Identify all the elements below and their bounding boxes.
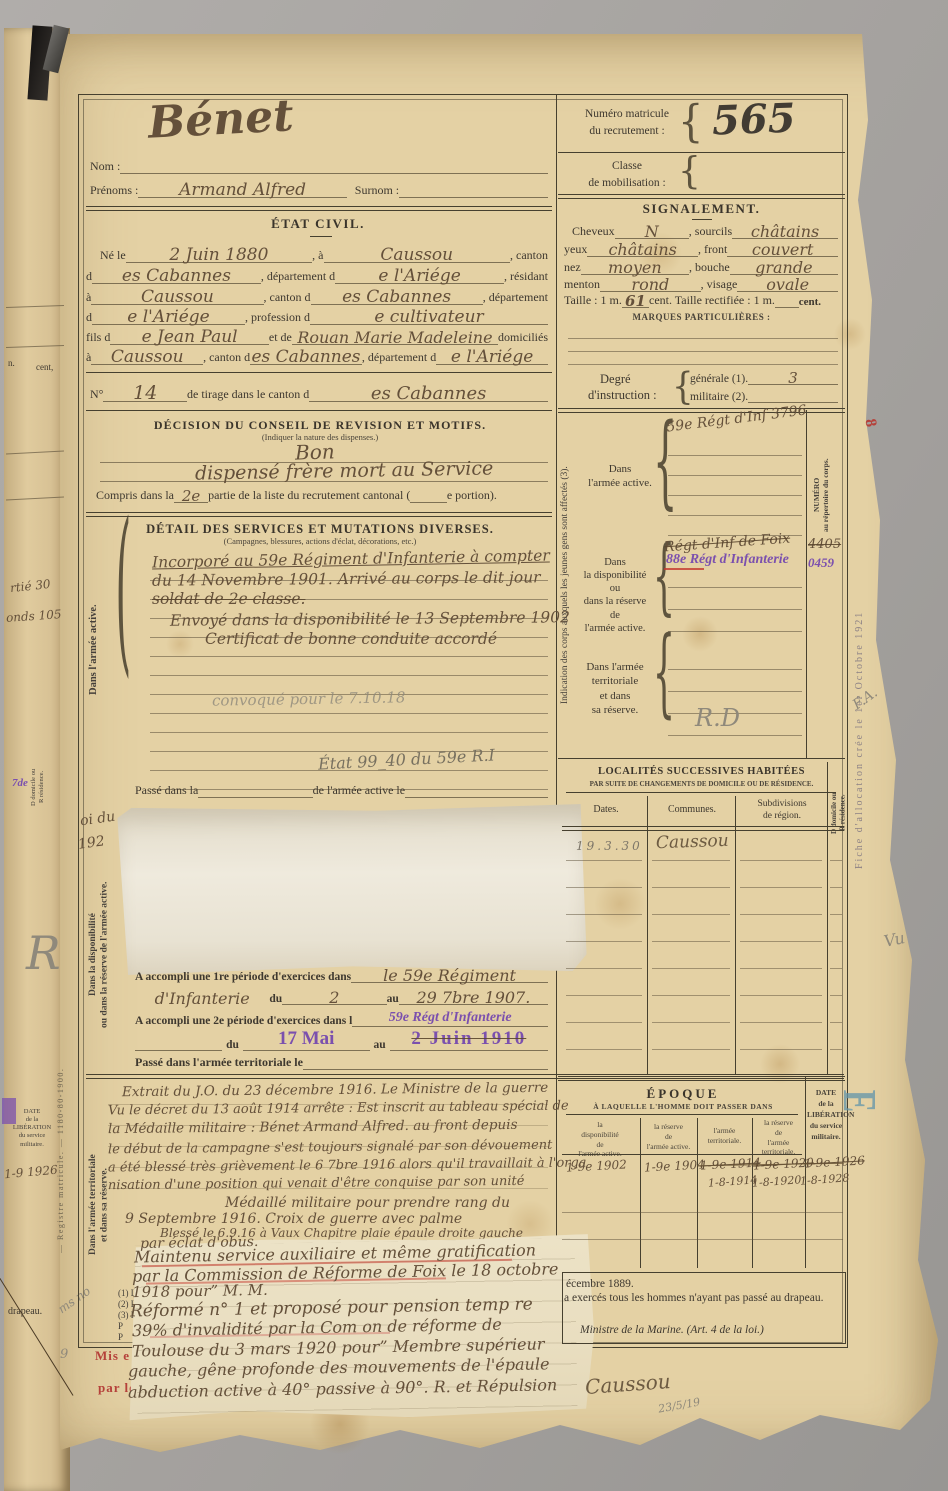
- pere-value: e Jean Paul: [110, 326, 269, 345]
- dispo-lines: [668, 566, 802, 642]
- armee-active-side-label: Dans l'armée active.: [88, 560, 101, 740]
- taille-rectifiee-line: [775, 291, 799, 308]
- caussou-signature: Caussou: [584, 1371, 671, 1397]
- vu-pencil-mark: Vu: [883, 930, 907, 950]
- compris-label-2: partie de la liste du recrutement canton…: [208, 488, 410, 503]
- bouche-value: grande: [730, 257, 838, 275]
- active-lines: [668, 436, 802, 536]
- periode1-value-2: d'Infanterie: [135, 988, 269, 1005]
- periode2-du: 17 Mai: [243, 1031, 370, 1051]
- instruction-generale-label: générale (1).: [690, 373, 748, 385]
- prev-page-fragment: n.: [8, 358, 15, 368]
- menton-label: menton: [564, 277, 600, 292]
- degre-label-2: d'instruction :: [588, 388, 657, 403]
- prev-page-pencil-mark: R: [26, 930, 61, 976]
- blank-line: [135, 1031, 222, 1051]
- localite-row-commune: Caussou: [656, 833, 729, 853]
- periode2-au: 2 Juin 1910: [390, 1031, 548, 1051]
- prev-page-fragment: cent,: [36, 362, 53, 372]
- decision-title: DÉCISION DU CONSEIL DE REVISION ET MOTIF…: [0, 418, 640, 433]
- document-scan: n. cent, rtié 30 onds 105 7de D domicile…: [0, 0, 948, 1491]
- service-line: du 14 Novembre 1901. Arrivé au corps le …: [152, 570, 541, 589]
- nez-label: nez: [564, 260, 581, 275]
- red-8-mark: 8: [860, 417, 879, 428]
- prenoms-value: Armand Alfred: [138, 181, 346, 198]
- visage-label: , visage: [701, 277, 738, 292]
- instruction-militaire-line: [748, 387, 838, 403]
- armee-active-le-label: de l'armée active le: [313, 783, 405, 798]
- front-label: , front: [698, 242, 727, 257]
- periode1-du: 2: [282, 987, 386, 1005]
- passe-dans-la-label: Passé dans la: [135, 783, 198, 798]
- passe-territoriale-line: [303, 1053, 548, 1070]
- disponibilite-side-label: Dans la disponibilité ou dans la réserve…: [88, 860, 111, 1050]
- etat-civil-title: ÉTAT CIVIL.: [0, 216, 636, 232]
- dates-rows: [566, 834, 642, 1074]
- epoque-col4-header: la réserve de l'armée territoriale.: [754, 1118, 803, 1157]
- dates-column-header: Dates.: [566, 804, 646, 815]
- disponibilite-label: Dans la disponibilité ou dans la réserve…: [568, 556, 662, 635]
- numero-tirage-label: N°: [90, 387, 103, 402]
- menton-value: rond: [600, 274, 701, 292]
- edge-stamp-vertical: Fiche d'allocation crée le 1er Octobre 1…: [854, 430, 866, 1050]
- lieu-naissance: Caussou: [324, 244, 511, 263]
- residant-label: , résidant: [504, 269, 548, 284]
- du-label: du: [222, 1039, 243, 1051]
- et-de-label: et de: [269, 330, 292, 345]
- residence: Caussou: [91, 286, 263, 305]
- profession-label: , profession d: [245, 310, 310, 325]
- epoque-subtitle: À LAQUELLE L'HOMME DOIT PASSER DANS: [558, 1102, 808, 1111]
- canton-label: , canton d: [203, 350, 250, 365]
- epoque-col3-header: l'armée territoriale.: [699, 1126, 750, 1146]
- armee-active-label: Dans l'armée active.: [582, 462, 658, 491]
- section-bracket: (: [115, 499, 131, 679]
- departement-residence: e l'Ariége: [92, 306, 245, 325]
- ne-le-label: Né le: [100, 248, 126, 263]
- canton-label: , canton: [510, 248, 548, 263]
- epoque-col2-header: la réserve de l'armée active.: [642, 1122, 695, 1151]
- yeux-value: châtains: [587, 239, 698, 257]
- periode2-label: A accompli une 2e période d'exercices da…: [135, 1015, 352, 1027]
- numero-tirage-value: 14: [103, 381, 187, 402]
- slip-line: 1918 pour” M. M.: [132, 1283, 268, 1300]
- epoque-value-1: 1-9e 1902: [566, 1158, 627, 1173]
- matricule-label: Numéro matricule du recrutement :: [572, 106, 682, 141]
- nom-signature: Bénet: [147, 94, 295, 146]
- epoque-title: ÉPOQUE: [558, 1086, 808, 1102]
- service-line: soldat de 2e classe.: [152, 592, 305, 608]
- cheveux-value: N: [615, 221, 689, 239]
- subdivisions-column-header: Subdivisions de région.: [738, 798, 826, 823]
- marques-lines: [568, 326, 838, 366]
- red-stamp-fragment: Mis e: [95, 1348, 130, 1364]
- a-label: , à: [312, 248, 323, 263]
- communes-column-header: Communes.: [650, 804, 734, 815]
- periode1-label: A accompli une 1re période d'exercices d…: [135, 971, 351, 983]
- classe-label: Classe de mobilisation :: [572, 158, 682, 193]
- printer-imprint: — Registre matricule. — 1180-80-1900.: [56, 1010, 66, 1310]
- territoriale-label: Dans l'armée territoriale et dans sa rés…: [572, 660, 658, 717]
- dispo-num-struck: 4405: [808, 538, 841, 551]
- blue-crayon-mark: E: [831, 1090, 884, 1113]
- nom-label: Nom :: [90, 159, 120, 174]
- nom-line: [120, 157, 548, 174]
- terr-lines: [668, 648, 802, 748]
- liberation-note-line-3: Ministre de la Marine. (Art. 4 de la loi…: [580, 1324, 764, 1336]
- departement-label: , département: [483, 290, 548, 305]
- handwriting-fragment: 192: [77, 834, 105, 852]
- fils-de-label: fils d: [86, 330, 110, 345]
- passe-territoriale-label: Passé dans l'armée territoriale le: [135, 1055, 303, 1070]
- instruction-militaire-label: militaire (2).: [690, 391, 748, 403]
- domicile-canton: es Cabannes: [250, 346, 362, 365]
- periode2-value: 59e Régt d'Infanterie: [352, 1009, 548, 1027]
- mere-value: Rouan Marie Madeleine: [292, 326, 498, 345]
- compris-label: Compris dans la: [96, 488, 174, 503]
- epoque-value-2: 1-9e 1904: [644, 1158, 705, 1173]
- front-value: couvert: [727, 239, 838, 257]
- dispo-stamp-num: 0459: [808, 556, 834, 569]
- domicile-commune: Caussou: [91, 346, 203, 365]
- sourcils-value: châtains: [732, 221, 838, 239]
- decision-value-2: dispensé frère mort au Service: [195, 459, 494, 483]
- domicilies-label: domiciliés: [498, 330, 548, 345]
- tirage-canton-value: es Cabannes: [309, 381, 548, 402]
- periode1-value: le 59e Régiment: [351, 965, 548, 983]
- surnom-line: [399, 181, 548, 198]
- visage-value: ovale: [737, 274, 838, 292]
- portion-label: e portion).: [447, 488, 497, 503]
- compris-value: 2e: [174, 486, 208, 503]
- profession-value: e cultivateur: [310, 306, 548, 325]
- red-underline: [664, 568, 704, 570]
- departement-label: , département d: [261, 269, 335, 284]
- passe-line-2: [405, 781, 548, 798]
- communes-rows: [652, 834, 730, 1074]
- prev-page-stamp-fragment: 7de: [12, 778, 28, 789]
- folded-paper-slip: [117, 804, 586, 975]
- epoque-value-3b: 1-8-1914: [708, 1174, 758, 1188]
- services-subtitle: (Campagnes, blessures, actions d'éclat, …: [0, 536, 640, 546]
- portion-line: [410, 486, 447, 503]
- brace: {: [678, 100, 703, 144]
- note-line: Médaillé militaire pour prendre rang du: [225, 1196, 510, 1210]
- prenoms-label: Prénoms :: [90, 183, 138, 198]
- signalement-title: SIGNALEMENT.: [558, 201, 845, 217]
- matricule-value: 565: [711, 99, 796, 142]
- prev-page-handwriting: onds 105: [6, 608, 62, 624]
- localites-title: LOCALITÉS SUCCESSIVES HABITÉES: [558, 766, 845, 777]
- degre-label-1: Degré: [600, 372, 631, 387]
- surnom-label: Surnom :: [347, 183, 399, 198]
- periode1-au: 29 7bre 1907.: [399, 987, 548, 1005]
- service-line: Certificat de bonne conduite accordé: [205, 632, 497, 648]
- epoque-value-5b: 1-8-1928: [800, 1172, 850, 1186]
- note-line: 9 Septembre 1916. Croix de guerre avec p…: [125, 1212, 462, 1226]
- instruction-generale-value: 3: [748, 369, 838, 385]
- pencil-squiggle: 9: [60, 1348, 68, 1361]
- canton-residence: es Cabannes: [311, 286, 483, 305]
- terr-pencil-value: R.D: [695, 706, 740, 730]
- canton-label: , canton d: [264, 290, 311, 305]
- epoque-value-4b: 1-8-1920: [752, 1174, 802, 1188]
- service-line: Envoyé dans la disponibilité le 13 Septe…: [170, 610, 570, 629]
- prev-page-column-header: D domicile ou R résidence.: [30, 752, 46, 822]
- taille-value: 61: [622, 291, 649, 308]
- yeux-label: yeux: [564, 242, 587, 257]
- nez-value: moyen: [581, 257, 689, 275]
- cent-label: cent.: [799, 296, 821, 308]
- localites-subtitle: PAR SUITE DE CHANGEMENTS DE DOMICILE OU …: [558, 780, 845, 788]
- dr-rows: [830, 834, 842, 1074]
- domicile-departement: e l'Ariége: [436, 346, 548, 365]
- epoque-rows: [562, 1186, 843, 1266]
- marques-title: MARQUES PARTICULIÈRES :: [558, 312, 845, 322]
- departement-label: , département d: [362, 350, 436, 365]
- ne-le-value: 2 Juin 1880: [126, 244, 313, 263]
- taille-label: Taille : 1 m.: [564, 293, 622, 308]
- canton-naissance: es Cabannes: [92, 265, 261, 284]
- services-title: DÉTAIL DES SERVICES ET MUTATIONS DIVERSE…: [0, 522, 640, 537]
- departement-naissance: e l'Ariége: [335, 265, 504, 284]
- au-label: au: [370, 1039, 390, 1051]
- bouche-label: , bouche: [689, 260, 730, 275]
- cheveux-label: Cheveux: [572, 224, 615, 239]
- passe-line-1: [198, 781, 312, 798]
- localite-row-date: 19.3.30: [576, 840, 643, 852]
- liberation-note-line-1: écembre 1889.: [566, 1278, 634, 1290]
- prev-page-fragment: drapeau.: [8, 1306, 42, 1317]
- subdiv-rows: [740, 834, 822, 1074]
- brace: {: [678, 153, 701, 191]
- tirage-canton-label: de tirage dans le canton d: [187, 387, 309, 402]
- pencil-annotation: convoqué pour le 7.10.18: [212, 690, 406, 708]
- sourcils-label: , sourcils: [689, 224, 732, 239]
- au-label: au: [387, 993, 399, 1005]
- liberation-note-line-2: a exercés tous les hommes n'ayant pas pa…: [564, 1292, 823, 1304]
- dispo-corps-stamp: 88e Régt d'Infanterie: [666, 552, 789, 568]
- taille-rectifiee-label: cent. Taille rectifiée : 1 m.: [649, 293, 775, 308]
- prev-page-date-header: DATE de la LIBÉRATION du service militai…: [12, 1108, 52, 1149]
- du-label: du: [269, 993, 282, 1005]
